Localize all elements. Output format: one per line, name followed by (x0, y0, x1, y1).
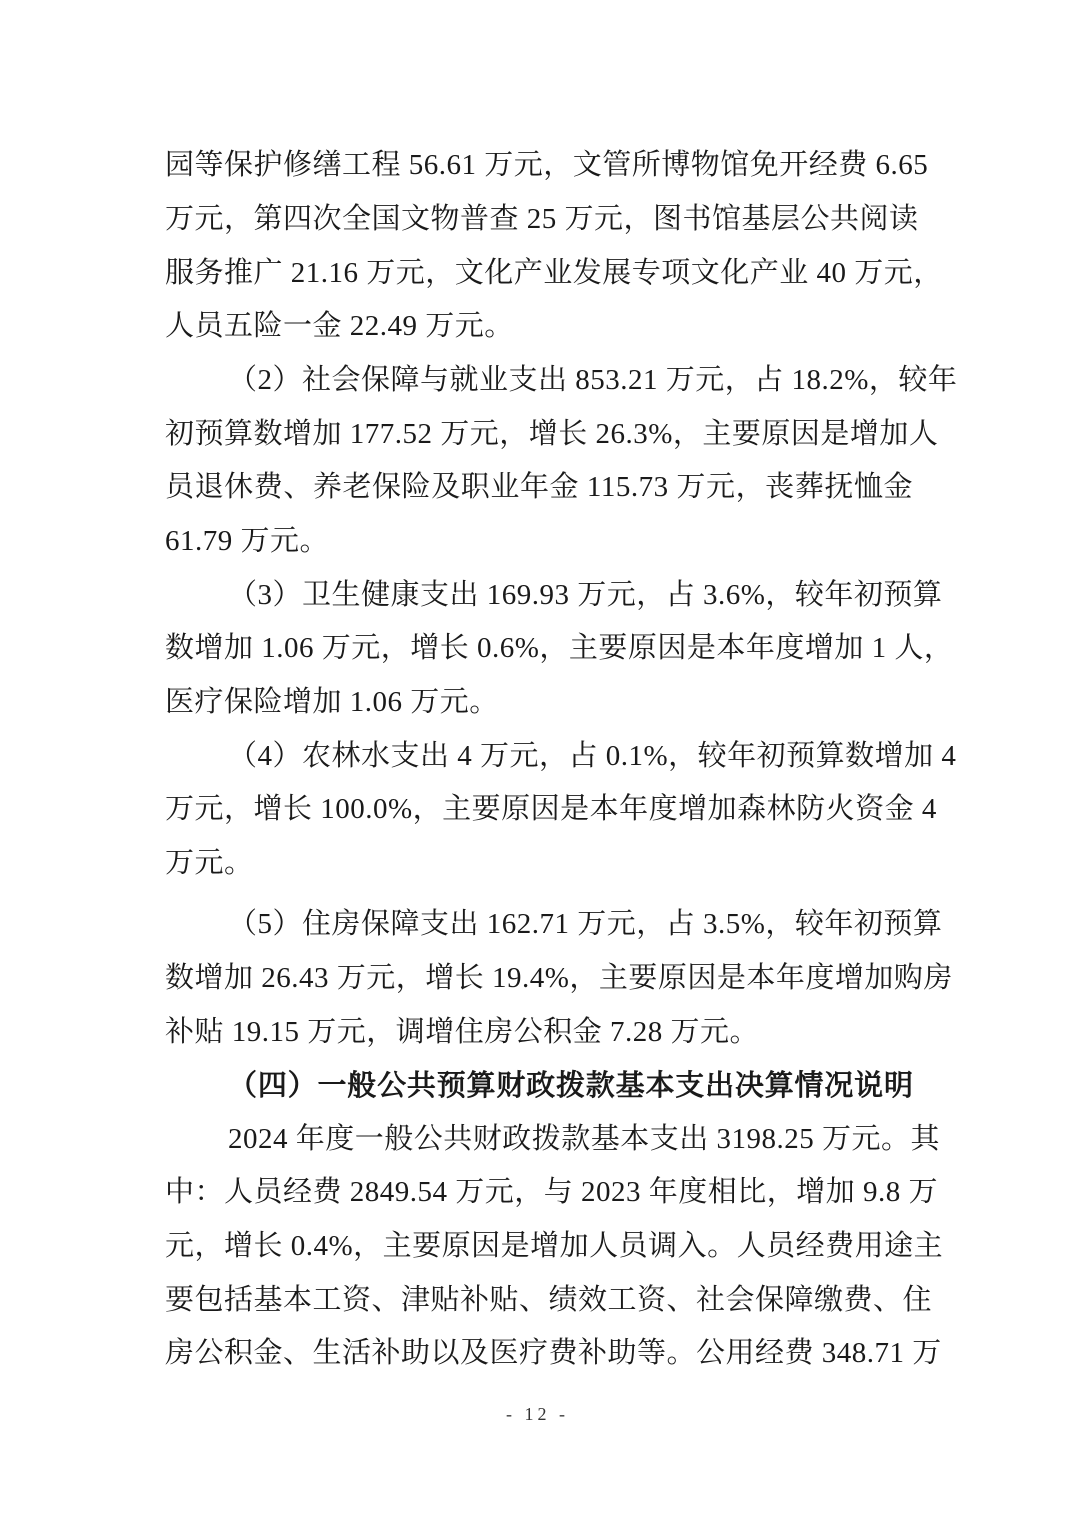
section-heading: （四）一般公共预算财政拨款基本支出决算情况说明 (228, 1065, 913, 1105)
body-text-line: 初预算数增加 177.52 万元，增长 26.3%，主要原因是增加人 (165, 414, 913, 454)
body-text-line: 元，增长 0.4%，主要原因是增加人员调入。人员经费用途主 (165, 1226, 913, 1266)
body-text-line: 要包括基本工资、津贴补贴、绩效工资、社会保障缴费、住 (165, 1280, 913, 1320)
body-text-line: 园等保护修缮工程 56.61 万元，文管所博物馆免开经费 6.65 (165, 145, 913, 185)
body-text-line: 数增加 1.06 万元，增长 0.6%，主要原因是本年度增加 1 人， (165, 628, 913, 668)
body-text-line: 医疗保险增加 1.06 万元。 (165, 682, 913, 722)
body-text-line: 人员五险一金 22.49 万元。 (165, 306, 913, 346)
body-text-line: 补贴 19.15 万元，调增住房公积金 7.28 万元。 (165, 1012, 913, 1052)
item-4-first-line: （4）农林水支出 4 万元，占 0.1%，较年初预算数增加 4 (228, 736, 913, 776)
body-text-line: 房公积金、生活补助以及医疗费补助等。公用经费 348.71 万 (165, 1333, 913, 1373)
body-text-line: 万元。 (165, 843, 913, 883)
item-3-first-line: （3）卫生健康支出 169.93 万元，占 3.6%，较年初预算 (228, 575, 913, 615)
body-text-line: 员退休费、养老保险及职业年金 115.73 万元，丧葬抚恤金 (165, 467, 913, 507)
item-2-first-line: （2）社会保障与就业支出 853.21 万元，占 18.2%，较年 (228, 360, 913, 400)
item-5-first-line: （5）住房保障支出 162.71 万元，占 3.5%，较年初预算 (228, 904, 913, 944)
body-text-line: 数增加 26.43 万元，增长 19.4%，主要原因是本年度增加购房 (165, 958, 913, 998)
page-number: - 12 - (0, 1402, 1075, 1426)
body-text-line: 万元，第四次全国文物普查 25 万元，图书馆基层公共阅读 (165, 199, 913, 239)
section-4-first-line: 2024 年度一般公共财政拨款基本支出 3198.25 万元。其 (228, 1119, 913, 1159)
document-page: 园等保护修缮工程 56.61 万元，文管所博物馆免开经费 6.65 万元，第四次… (0, 0, 1075, 1520)
body-text-line: 中：人员经费 2849.54 万元，与 2023 年度相比，增加 9.8 万 (165, 1172, 913, 1212)
body-text-line: 服务推广 21.16 万元，文化产业发展专项文化产业 40 万元， (165, 253, 913, 293)
body-text-line: 万元，增长 100.0%，主要原因是本年度增加森林防火资金 4 (165, 789, 913, 829)
body-text-line: 61.79 万元。 (165, 521, 913, 561)
